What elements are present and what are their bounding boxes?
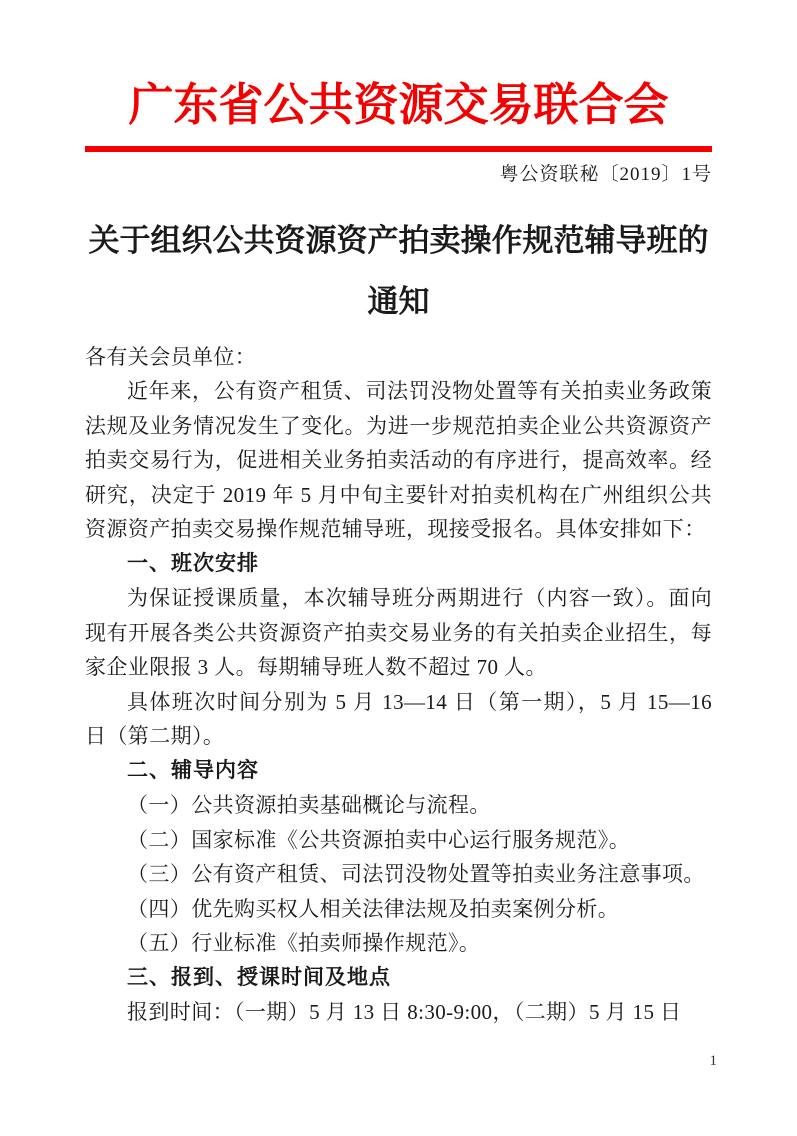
list-item-3: （三）公有资产租赁、司法罚没物处置等拍卖业务注意事项。 [85, 857, 712, 892]
document-title-line-2: 通知 [85, 271, 712, 332]
org-title: 广东省公共资源交易联合会 [85, 0, 712, 132]
list-item-5: （五）行业标准《拍卖师操作规范》。 [85, 926, 712, 961]
section-heading-2: 二、辅导内容 [85, 754, 712, 789]
doc-number: 粤公资联秘〔2019〕1号 [85, 161, 712, 188]
paragraph-class-arrangement: 为保证授课质量，本次辅导班分两期进行（内容一致）。面向现有开展各类公共资源资产拍… [85, 581, 712, 685]
section-heading-3: 三、报到、授课时间及地点 [85, 961, 712, 996]
document-body: 各有关会员单位： 近年来，公有资产租赁、司法罚没物处置等有关拍卖业务政策法规及业… [85, 340, 712, 1030]
list-item-2: （二）国家标准《公共资源拍卖中心运行服务规范》。 [85, 823, 712, 858]
section-heading-1: 一、班次安排 [85, 547, 712, 582]
salutation: 各有关会员单位： [85, 340, 712, 375]
paragraph-registration-time: 报到时间：（一期）5 月 13 日 8:30-9:00，（二期）5 月 15 日 [85, 995, 712, 1030]
paragraph-intro: 近年来，公有资产租赁、司法罚没物处置等有关拍卖业务政策法规及业务情况发生了变化。… [85, 374, 712, 547]
paragraph-class-schedule: 具体班次时间分别为 5 月 13—14 日（第一期），5 月 15—16 日（第… [85, 685, 712, 754]
header-rule [85, 146, 712, 152]
list-item-4: （四）优先购买权人相关法律法规及拍卖案例分析。 [85, 892, 712, 927]
document-title-line-1: 关于组织公共资源资产拍卖操作规范辅导班的 [85, 210, 712, 271]
document-title: 关于组织公共资源资产拍卖操作规范辅导班的 通知 [85, 210, 712, 332]
page-number: 1 [710, 1053, 718, 1070]
document-page: 广东省公共资源交易联合会 粤公资联秘〔2019〕1号 关于组织公共资源资产拍卖操… [0, 0, 797, 1136]
list-item-1: （一）公共资源拍卖基础概论与流程。 [85, 788, 712, 823]
